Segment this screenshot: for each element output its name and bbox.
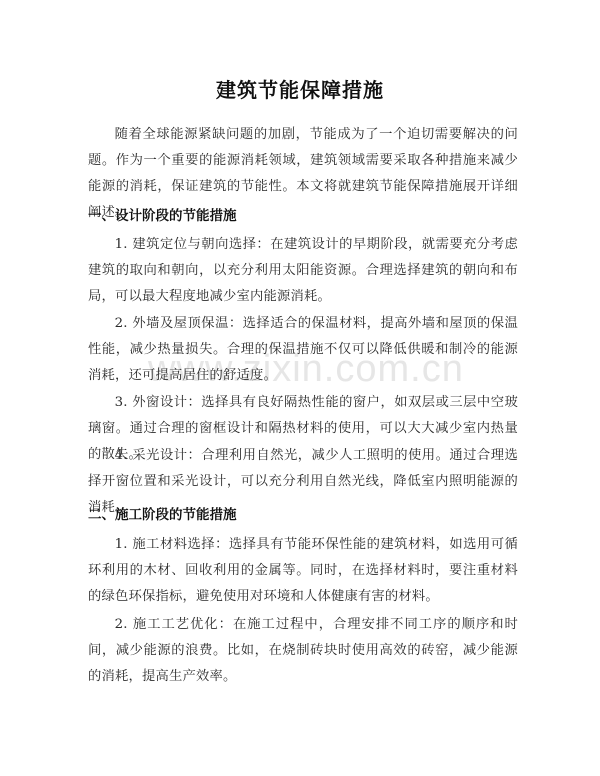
construction-item-1: 1. 施工材料选择：选择具有节能环保性能的建筑材料，如选用可循环利用的木材、回收… — [88, 532, 518, 610]
document-title: 建筑节能保障措施 — [0, 74, 600, 103]
document-page: www.zixin.com.cn 建筑节能保障措施 随着全球能源紧缺问题的加剧，… — [0, 0, 600, 776]
design-item-1: 1. 建筑定位与朝向选择：在建筑设计的早期阶段，就需要充分考虑建筑的取向和朝向，… — [88, 232, 518, 310]
section-heading-design: 一、设计阶段的节能措施 — [88, 204, 237, 224]
construction-item-2: 2. 施工工艺优化：在施工过程中，合理安排不同工序的顺序和时间，减少能源的浪费。… — [88, 612, 518, 690]
design-item-2: 2. 外墙及屋顶保温：选择适合的保温材料，提高外墙和屋顶的保温性能，减少热量损失… — [88, 311, 518, 389]
section-heading-construction: 二、施工阶段的节能措施 — [88, 503, 237, 523]
